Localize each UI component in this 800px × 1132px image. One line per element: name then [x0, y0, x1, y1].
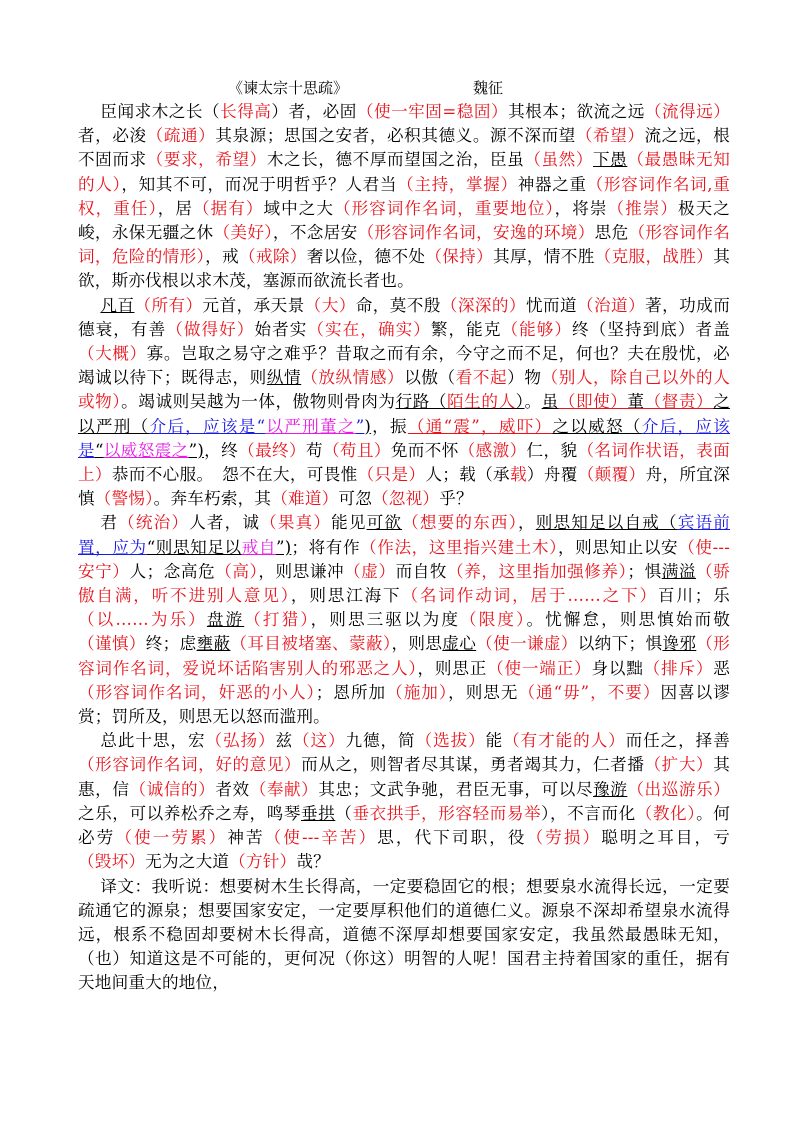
text-segment: 身以黜 — [591, 659, 643, 678]
annotation-segment: （统治） — [118, 513, 189, 532]
text-segment: “则思知足以 — [147, 538, 242, 557]
annotation-segment: （警惕） — [95, 489, 154, 508]
text-segment: 垂拱 — [301, 804, 335, 823]
text-segment: 域中之大 — [263, 199, 333, 218]
text-segment: 可忽 — [338, 489, 372, 508]
annotation-segment: （扩大） — [645, 755, 714, 774]
text-segment: 纵情 — [267, 368, 301, 387]
text-segment: 而从之，则智者尽其谋，勇者竭其力，仁者播 — [301, 755, 644, 774]
text-segment: 兹 — [275, 731, 293, 750]
annotation-segment: （虽然） — [524, 150, 593, 169]
text-segment: 其根本；欲流之远 — [508, 102, 645, 121]
annotation-segment: （这） — [293, 731, 346, 750]
text-segment: 能见 — [331, 513, 367, 532]
annotation-segment: （施加） — [386, 683, 448, 702]
text-segment: 壅蔽 — [197, 634, 231, 653]
annotation-segment: （使一劳累） — [115, 828, 227, 847]
text-segment: ；恩所加 — [316, 683, 386, 702]
annotation-segment: （选拔） — [416, 731, 486, 750]
annotation-segment: （使一端正） — [487, 659, 591, 678]
text-segment: 其忠；文武争驰，君臣无事，可以尽 — [318, 780, 593, 799]
document-title: 《谏太宗十思疏》 — [228, 76, 348, 100]
annotation-segment: （毁坏） — [78, 852, 145, 871]
annotation-segment: （使一谦虚） — [476, 634, 578, 653]
document-page: 《谏太宗十思疏》 魏征 臣闻求木之长（长得高）者，必固（使一牢固=稳固）其根本；… — [78, 76, 730, 996]
text-segment: 终；虑 — [146, 634, 197, 653]
text-segment: 以傲（ — [404, 368, 456, 387]
text-segment: ， — [518, 513, 536, 532]
annotation-segment: （颠覆） — [578, 465, 646, 484]
annotation-segment: （疏通） — [147, 126, 216, 145]
text-segment: 苟 — [306, 441, 323, 460]
annotation-segment: （形容词作名词，好的意见） — [78, 755, 301, 774]
annotation-segment: （放纵情感） — [301, 368, 404, 387]
text-segment: 。竭诚则吴越为一体，傲物则骨肉为 — [121, 392, 395, 411]
text-segment: 以纳下；惧 — [578, 634, 663, 653]
annotation-segment: （推崇） — [607, 199, 677, 218]
annotation-segment: （弘扬） — [205, 731, 275, 750]
annotation-segment: （据有） — [193, 199, 263, 218]
text-segment: 聪明之耳目，亏 — [601, 828, 730, 847]
annotation-segment: （保持） — [425, 247, 493, 266]
text-segment: （ — [203, 102, 220, 121]
text-segment: 。 — [525, 392, 542, 411]
annotation-segment: （希望） — [576, 126, 645, 145]
annotation-segment: （作法，这里指兴建土木） — [360, 538, 558, 557]
annotation-segment: （形容词作名词，奸恶的小人） — [78, 683, 316, 702]
annotation-segment: （奉献） — [250, 780, 319, 799]
annotation-segment: （虚） — [344, 562, 395, 581]
text-segment: 终（坚持到底）者盖 — [572, 320, 730, 339]
annotation-segment: （使一牢固=稳固） — [357, 102, 508, 121]
text-segment: ，则思 — [391, 634, 442, 653]
text-segment: 盘游 — [207, 610, 244, 629]
annotation-segment: （能够） — [501, 320, 572, 339]
annotation-segment: （有才能的人） — [503, 731, 626, 750]
text-segment: ，居 — [158, 199, 193, 218]
text-segment: 臣闻求木之长 — [100, 102, 203, 121]
text-segment: 九德，简 — [346, 731, 416, 750]
document-body: 臣闻求木之长（长得高）者，必固（使一牢固=稳固）其根本；欲流之远（流得远）者，必… — [78, 100, 730, 996]
grammar-note-segment: 以威怒震之 — [104, 441, 189, 460]
text-segment: ”) — [276, 538, 291, 557]
annotation-segment: （使---辛苦） — [265, 828, 378, 847]
text-segment: 神苦 — [227, 828, 264, 847]
annotation-segment: （督责） — [645, 392, 714, 411]
text-segment: 译文：我听说：想要树木生长得高，一定要稳固它的根；想要泉水流得长远，一定要疏通它… — [78, 877, 730, 993]
document-author: 魏征 — [473, 76, 503, 100]
text-segment: 之以威怒（ — [552, 417, 641, 436]
text-segment: 恶 — [713, 659, 730, 678]
text-segment: 虚心 — [442, 634, 476, 653]
text-segment: ，则思江海下 — [291, 586, 402, 605]
text-segment: 其泉源；思国之安者，必积其德义。源不深而望 — [215, 126, 576, 145]
text-segment: ，不念居安 — [273, 223, 358, 242]
text-segment: 。忧懈怠，则思慎始而敬 — [526, 610, 730, 629]
annotation-segment: （戒除） — [239, 247, 307, 266]
text-segment: 。奔车朽索，其 — [154, 489, 272, 508]
annotation-segment: （做得好） — [166, 320, 254, 339]
text-segment: ，将崇 — [555, 199, 608, 218]
paragraph: 臣闻求木之长（长得高）者，必固（使一牢固=稳固）其根本；欲流之远（流得远）者，必… — [78, 100, 730, 294]
text-segment: 忧而道 — [526, 296, 577, 315]
annotation-segment: （通“毋”，不要） — [518, 683, 660, 702]
annotation-segment: （流得远） — [645, 102, 730, 121]
text-segment: （ — [335, 804, 352, 823]
text-segment: 人；念高危 — [129, 562, 215, 581]
annotation-segment: （即使） — [559, 392, 628, 411]
text-segment: ）物 — [507, 368, 541, 387]
text-segment: ；惧 — [627, 562, 661, 581]
annotation-segment: （形容词作名词，重要地位） — [334, 199, 555, 218]
annotation-segment: （通“震”，威吓） — [408, 417, 553, 436]
annotation-segment: （苟且） — [323, 441, 391, 460]
text-segment: ，终 — [204, 441, 238, 460]
text-segment: 虽 — [542, 392, 559, 411]
text-segment: 行路（ — [396, 392, 447, 411]
paragraph: 总此十思，宏（弘扬）兹（这）九德，简（选拔）能（有才能的人）而任之，择善（形容词… — [78, 729, 730, 874]
annotation-segment: （打猎） — [244, 610, 310, 629]
annotation-segment: （出巡游乐） — [627, 780, 730, 799]
text-segment: 始者实 — [254, 320, 307, 339]
text-segment: ）舟覆 — [527, 465, 578, 484]
annotation-segment: （养，这里指加强修养） — [447, 562, 627, 581]
text-segment: 奢以俭，德不处 — [307, 247, 426, 266]
text-segment: 则思知足以自戒（ — [536, 513, 678, 532]
text-segment: 满溢 — [662, 562, 696, 581]
text-segment: 君 — [100, 513, 118, 532]
text-segment: 董 — [627, 392, 644, 411]
annotation-segment: （限度） — [460, 610, 526, 629]
annotation-segment: （所有） — [134, 296, 202, 315]
annotation-segment: （美好） — [213, 223, 272, 242]
text-segment: 免而不怀 — [391, 441, 459, 460]
text-segment: ）者，必固 — [271, 102, 356, 121]
annotation-segment: （诚信的） — [130, 780, 216, 799]
annotation-segment: 垂衣拱手，形容轻而易举 — [352, 804, 541, 823]
text-segment: ；将有作 — [291, 538, 360, 557]
text-segment: 者效 — [215, 780, 249, 799]
text-segment: ，则思三驱以为度 — [311, 610, 460, 629]
text-segment: “ — [95, 441, 104, 460]
annotation-segment: （以……为乐） — [78, 610, 207, 629]
annotation-segment: （大） — [305, 296, 356, 315]
text-segment: ”) — [189, 441, 204, 460]
annotation-segment: （最终） — [238, 441, 306, 460]
text-segment: 命，莫不殷 — [356, 296, 441, 315]
text-segment: 谗邪 — [662, 634, 696, 653]
text-segment: 恭而不心服。 怨不在大，可畏惟 — [112, 465, 358, 484]
annotation-segment: （主持，掌握） — [397, 175, 518, 194]
text-segment: 可欲 — [367, 513, 403, 532]
text-segment: 思，代下司职，役 — [377, 828, 526, 847]
text-segment: 无为之大道 — [145, 852, 229, 871]
text-segment: 其厚，情不胜 — [493, 247, 595, 266]
title-row: 《谏太宗十思疏》 魏征 — [78, 76, 730, 100]
text-segment: 豫游 — [593, 780, 627, 799]
text-segment: 人者，诚 — [189, 513, 260, 532]
paragraph: 凡百（所有）元首，承天景（大）命，莫不殷（深深的）忧而道（治道）著，功成而德衰，… — [78, 294, 730, 512]
annotation-segment: （治道） — [577, 296, 645, 315]
annotation-segment: 看不起 — [456, 368, 508, 387]
annotation-segment: （实在，确实） — [307, 320, 431, 339]
annotation-segment: （果真） — [260, 513, 331, 532]
grammar-note-segment: 戒自 — [242, 538, 276, 557]
annotation-segment: 长得高 — [220, 102, 271, 121]
paragraph: 君（统治）人者，诚（果真）能见可欲（想要的东西），则思知足以自戒（宾语前置，应为… — [78, 511, 730, 729]
grammar-note-segment: 以严刑董之 — [265, 417, 355, 436]
annotation-segment: （想要的东西） — [402, 513, 518, 532]
text-segment: ），不言而化 — [541, 804, 636, 823]
annotation-segment: （耳目被堵塞、蒙蔽） — [230, 634, 391, 653]
text-segment: ，振 — [371, 417, 408, 436]
annotation-segment: （形容词作名词，安逸的环境） — [358, 223, 595, 242]
text-segment: 思危 — [595, 223, 629, 242]
annotation-segment: （谨慎） — [78, 634, 146, 653]
text-segment: 者，必浚 — [78, 126, 147, 145]
text-segment: 乎？ — [439, 489, 473, 508]
annotation-segment: （教化） — [636, 804, 696, 823]
text-segment: ，则思知止以安 — [558, 538, 678, 557]
text-segment: 人；载（承 — [425, 465, 510, 484]
text-segment: 下愚 — [593, 150, 627, 169]
annotation-segment: （难道） — [271, 489, 338, 508]
annotation-segment: （深深的） — [441, 296, 526, 315]
text-segment: 元首，承天景 — [203, 296, 305, 315]
text-segment: 能 — [486, 731, 504, 750]
text-segment: ，则思谦冲 — [258, 562, 344, 581]
annotation-segment: （大概） — [78, 344, 147, 363]
annotation-segment: 载 — [510, 465, 527, 484]
annotation-segment: （名词作动词，居于……之下） — [401, 586, 657, 605]
annotation-segment: （感激） — [459, 441, 527, 460]
text-segment: ，知其不可，而况于明哲乎？人君当 — [121, 175, 397, 194]
annotation-segment: （劳损） — [527, 828, 602, 847]
text-segment: 而任之，择善 — [626, 731, 730, 750]
text-segment: 神器之重 — [518, 175, 587, 194]
text-segment: ） — [516, 392, 525, 411]
grammar-note-segment: 介后，应该是“ — [149, 417, 265, 436]
text-segment: 而自牧 — [396, 562, 447, 581]
annotation-segment: （只是） — [358, 465, 426, 484]
annotation-segment: （方针） — [229, 852, 296, 871]
annotation-segment: （排斥） — [644, 659, 714, 678]
annotation-segment: 陌生的人 — [447, 392, 516, 411]
text-segment: 木之长，德不厚而望国之治，臣虽 — [267, 150, 525, 169]
text-segment: 之乐，可以养松乔之寿，鸣琴 — [78, 804, 301, 823]
paragraph: 译文：我听说：想要树木生长得高，一定要稳固它的根；想要泉水流得长远，一定要疏通它… — [78, 875, 730, 996]
text-segment: 百川；乐 — [658, 586, 730, 605]
annotation-segment: （高） — [215, 562, 258, 581]
text-segment: ，戒 — [205, 247, 239, 266]
text-segment: 凡百 — [100, 296, 134, 315]
text-segment: 繁，能克 — [431, 320, 502, 339]
annotation-segment: （要求，希望） — [147, 150, 267, 169]
text-segment: 哉？ — [296, 852, 330, 871]
annotation-segment: （克服，战胜） — [595, 247, 714, 266]
text-segment: 总此十思，宏 — [100, 731, 205, 750]
text-segment: ，则思无 — [448, 683, 518, 702]
annotation-segment: （忽视） — [372, 489, 439, 508]
text-segment: 仁，貌 — [527, 441, 578, 460]
text-segment: ，则思正 — [418, 659, 488, 678]
